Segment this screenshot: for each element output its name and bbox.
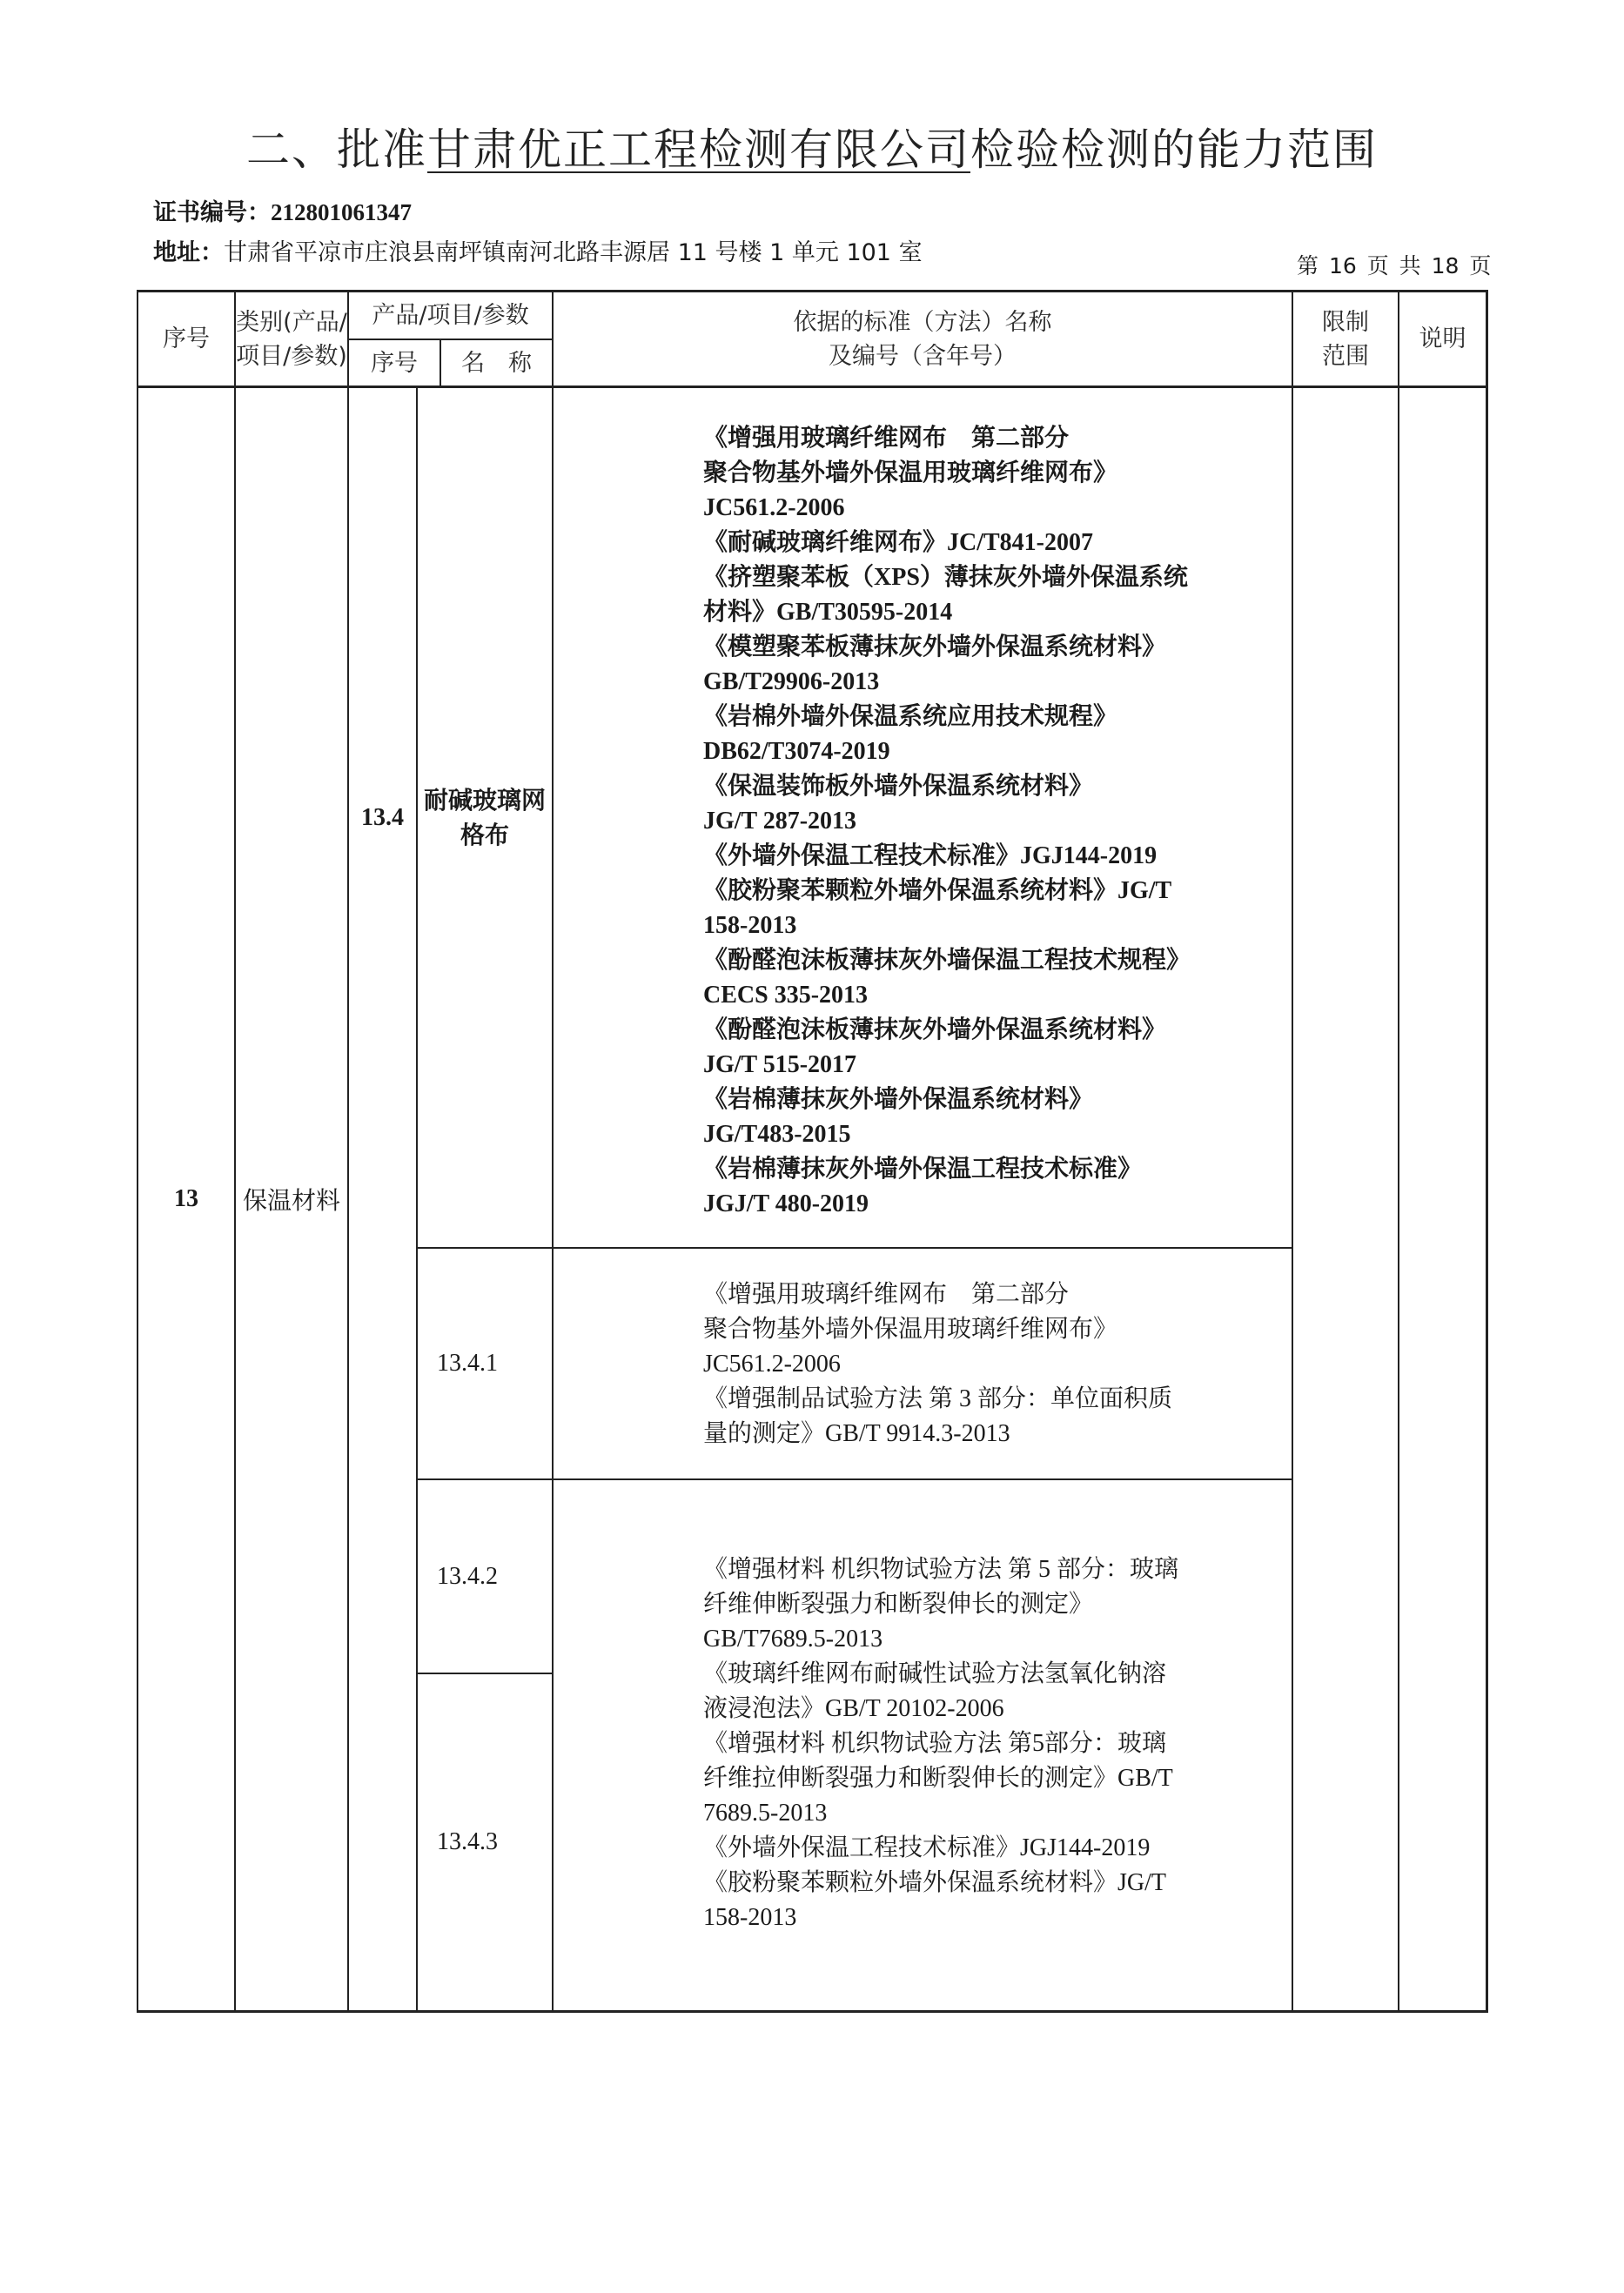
standard-line: JC561.2-2006 [703, 1347, 1286, 1382]
row-seq-value: 13.4.1 [437, 1350, 498, 1378]
standard-line: 《岩棉薄抹灰外墙外保温工程技术标准》 [703, 1152, 1286, 1187]
header-product-group-label: 产品/项目/参数 [372, 298, 528, 332]
standard-line: 158-2013 [703, 908, 1286, 943]
header-limit: 限制 范围 [1293, 292, 1398, 386]
row-name-line2: 格布 [460, 818, 509, 853]
standard-line: 纤维伸断裂强力和断裂伸长的测定》 [703, 1587, 1286, 1622]
standard-line: 《外墙外保温工程技术标准》JGJ144-2019 [703, 1831, 1286, 1866]
header-category-line2: 项目/参数) [236, 339, 347, 373]
standard-line: GB/T7689.5-2013 [703, 1622, 1286, 1657]
header-product-name-label: 名 称 [461, 346, 532, 380]
standard-line: 《增强用玻璃纤维网布 第二部分 [703, 1277, 1286, 1312]
standard-line: 《酚醛泡沫板薄抹灰外墙外保温系统材料》 [703, 1013, 1286, 1048]
certificate-label: 证书编号： [153, 199, 271, 226]
standard-line: 《耐碱玻璃纤维网布》JC/T841-2007 [703, 526, 1286, 560]
company-name: 甘肃优正工程检测有限公司 [427, 124, 970, 175]
standard-line: 《增强用玻璃纤维网布 第二部分 [703, 421, 1286, 456]
header-product-name: 名 称 [441, 340, 552, 386]
table-bottom-border [137, 2010, 1487, 2013]
title-prefix: 二、批准 [246, 124, 427, 175]
standard-line: 《增强材料 机织物试验方法 第 5 部分：玻璃 [703, 1552, 1286, 1587]
standard-line: GB/T29906-2013 [703, 665, 1286, 700]
address: 地址：甘肃省平凉市庄浪县南坪镇南河北路丰源居 11 号楼 1 单元 101 室 [153, 233, 923, 267]
row-seq-value: 13.4.2 [437, 1563, 498, 1591]
address-label: 地址： [153, 239, 224, 266]
header-product-seq: 序号 [349, 340, 440, 386]
standard-line: CECS 335-2013 [703, 978, 1286, 1013]
group-seq-value: 13 [174, 1185, 198, 1213]
header-product-group: 产品/项目/参数 [349, 292, 552, 339]
row-standards: 《增强用玻璃纤维网布 第二部分 聚合物基外墙外保温用玻璃纤维网布》 JC561.… [703, 1277, 1286, 1452]
address-value: 甘肃省平凉市庄浪县南坪镇南河北路丰源居 11 号楼 1 单元 101 室 [224, 239, 923, 266]
header-product-seq-label: 序号 [371, 346, 418, 380]
header-category-line1: 类别(产品/ [236, 305, 347, 339]
standard-line: 纤维拉伸断裂强力和断裂伸长的测定》GB/T [703, 1761, 1286, 1796]
shared-standards: 《增强材料 机织物试验方法 第 5 部分：玻璃 纤维伸断裂强力和断裂伸长的测定》… [703, 1552, 1286, 1935]
header-standard: 依据的标准（方法）名称 及编号（含年号） [554, 292, 1292, 386]
standard-line: 量的测定》GB/T 9914.3-2013 [703, 1417, 1286, 1452]
standard-line: JG/T 287-2013 [703, 804, 1286, 839]
standard-line: 《增强材料 机织物试验方法 第5部分：玻璃 [703, 1726, 1286, 1761]
standard-line: 《玻璃纤维网布耐碱性试验方法氢氧化钠溶 [703, 1657, 1286, 1692]
standard-line: 7689.5-2013 [703, 1796, 1286, 1831]
page-number: 第 16 页 共 18 页 [1297, 249, 1491, 280]
standard-line: 《酚醛泡沫板薄抹灰外墙保温工程技术规程》 [703, 943, 1286, 978]
standard-line: JG/T 515-2017 [703, 1048, 1286, 1083]
group-category-value: 保温材料 [243, 1182, 340, 1217]
row-standards: 《增强用玻璃纤维网布 第二部分 聚合物基外墙外保温用玻璃纤维网布》 JC561.… [703, 421, 1286, 1222]
standard-line: JC561.2-2006 [703, 491, 1286, 526]
page-title: 二、批准甘肃优正工程检测有限公司检验检测的能力范围 [0, 115, 1624, 178]
standard-line: 液浸泡法》GB/T 20102-2006 [703, 1692, 1286, 1726]
standard-line: 聚合物基外墙外保温用玻璃纤维网布》 [703, 1312, 1286, 1347]
header-seq-label: 序号 [163, 322, 210, 356]
header-limit-line2: 范围 [1322, 339, 1369, 373]
standard-line: 《胶粉聚苯颗粒外墙外保温系统材料》JG/T [703, 1866, 1286, 1901]
group-category: 保温材料 [236, 388, 347, 2010]
title-suffix: 检验检测的能力范围 [970, 124, 1378, 175]
row-name: 耐碱玻璃网 格布 [418, 388, 552, 1247]
table-right-border [1486, 290, 1488, 2013]
standard-line: 《胶粉聚苯颗粒外墙外保温系统材料》JG/T [703, 874, 1286, 908]
row-seq: 13.4 [349, 388, 416, 1247]
standard-line: 《挤塑聚苯板（XPS）薄抹灰外墙外保温系统 [703, 560, 1286, 595]
header-standard-line1: 依据的标准（方法）名称 [794, 305, 1052, 339]
row-name-line1: 耐碱玻璃网 [424, 783, 546, 818]
standard-line: JG/T483-2015 [703, 1117, 1286, 1152]
col-divider-limit [1292, 290, 1293, 2013]
group-seq: 13 [138, 388, 234, 2010]
row-seq: 13.4.2 [418, 1480, 552, 1673]
header-note-label: 说明 [1419, 322, 1466, 356]
row-seq: 13.4.1 [418, 1249, 552, 1478]
header-category: 类别(产品/ 项目/参数) [236, 292, 347, 386]
standard-line: 《外墙外保温工程技术标准》JGJ144-2019 [703, 839, 1286, 874]
col-divider-note [1398, 290, 1399, 2013]
standard-line: 《保温装饰板外墙外保温系统材料》 [703, 769, 1286, 804]
col-divider-standard [552, 290, 554, 2013]
row-seq-value: 13.4 [361, 804, 404, 832]
standard-line: 聚合物基外墙外保温用玻璃纤维网布》 [703, 456, 1286, 491]
header-standard-line2: 及编号（含年号） [829, 339, 1017, 373]
header-note: 说明 [1399, 292, 1486, 386]
certificate-number: 证书编号：212801061347 [153, 193, 412, 227]
standard-line: 材料》GB/T30595-2014 [703, 595, 1286, 630]
row-seq: 13.4.3 [418, 1674, 552, 2010]
standard-line: JGJ/T 480-2019 [703, 1187, 1286, 1222]
certificate-value: 212801061347 [271, 199, 412, 225]
standard-line: 《岩棉薄抹灰外墙外保温系统材料》 [703, 1083, 1286, 1117]
standard-line: DB62/T3074-2019 [703, 734, 1286, 769]
standard-line: 《增强制品试验方法 第 3 部分：单位面积质 [703, 1382, 1286, 1417]
standard-line: 158-2013 [703, 1901, 1286, 1935]
row-seq-value: 13.4.3 [437, 1828, 498, 1856]
standard-line: 《岩棉外墙外保温系统应用技术规程》 [703, 700, 1286, 734]
header-seq: 序号 [138, 292, 234, 386]
standard-line: 《模塑聚苯板薄抹灰外墙外保温系统材料》 [703, 630, 1286, 665]
header-limit-line1: 限制 [1322, 305, 1369, 339]
